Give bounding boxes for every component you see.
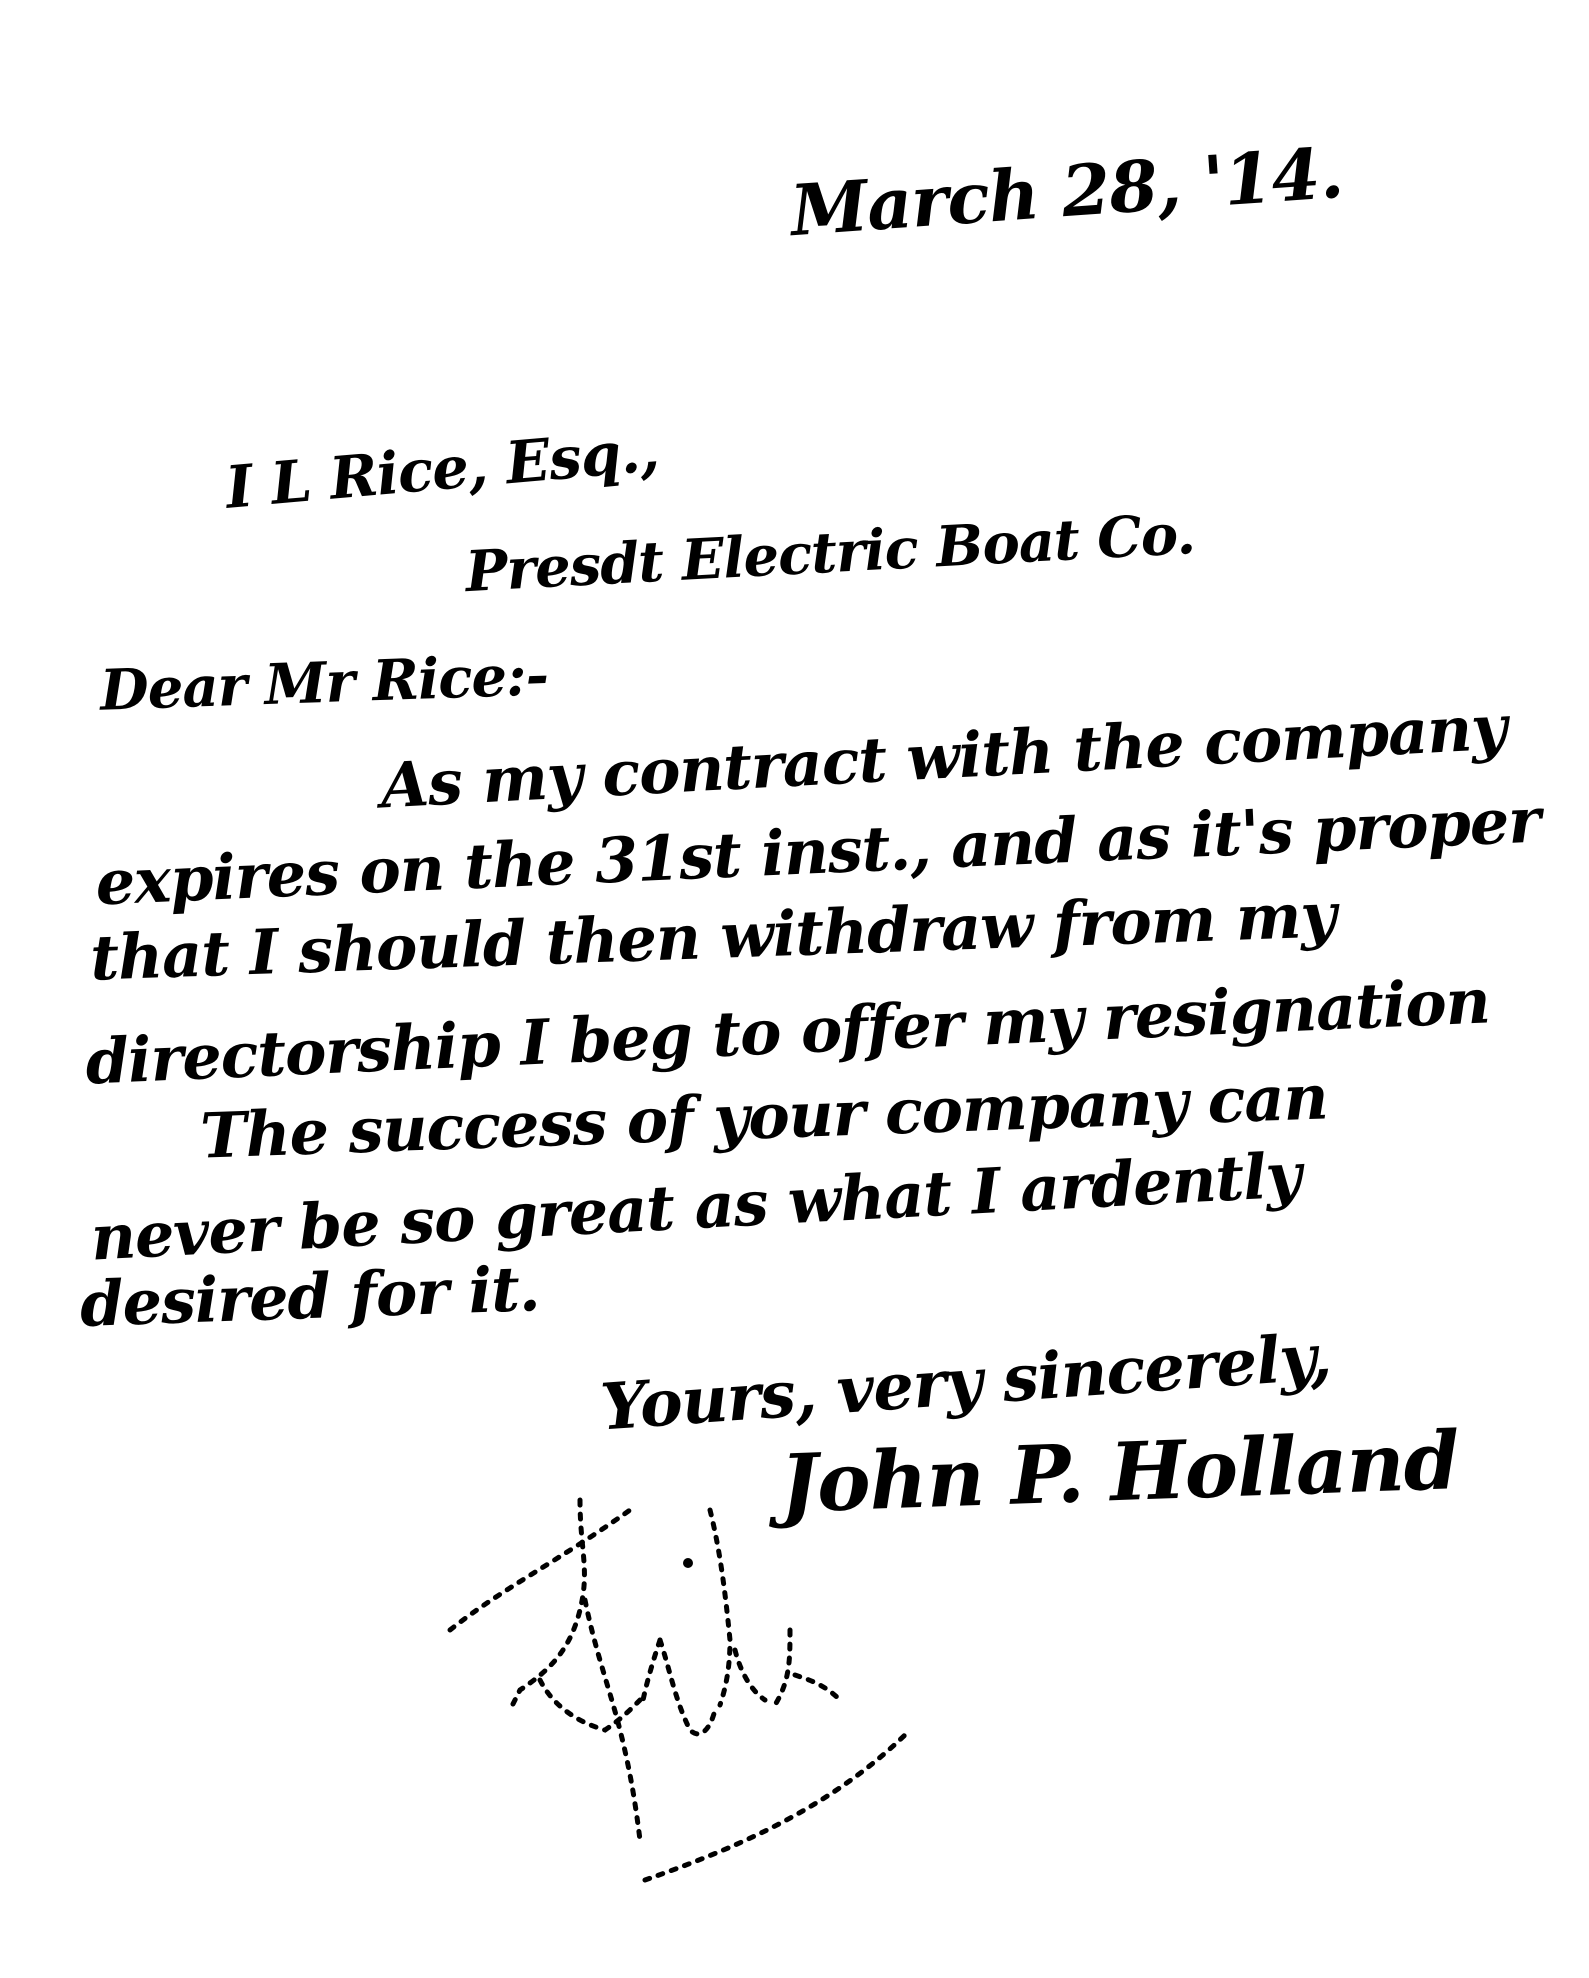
letter-date: March 28, '14. — [788, 131, 1345, 252]
body-line-7: desired for it. — [79, 1252, 541, 1341]
dotted-sketch-icon — [430, 1490, 1030, 1930]
recipient-title: Presdt Electric Boat Co. — [464, 501, 1196, 605]
recipient-name: I L Rice, Esq., — [223, 416, 661, 522]
salutation: Dear Mr Rice:- — [99, 642, 549, 724]
